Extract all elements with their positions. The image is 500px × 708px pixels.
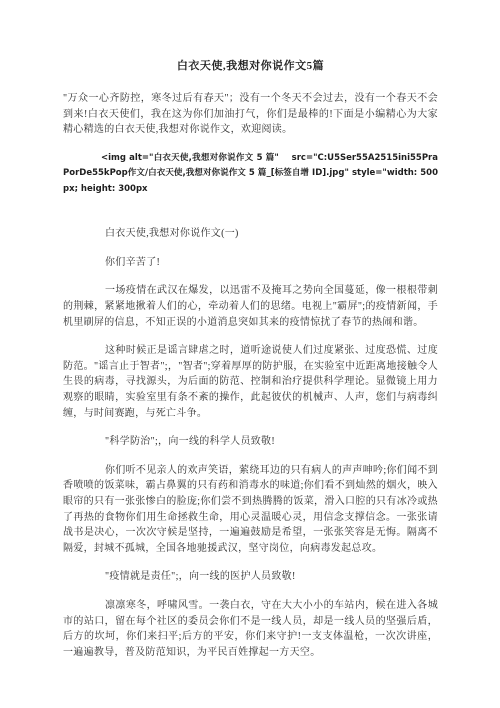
paragraph-winter-guardians: 凛凛寒冬，呼啸风雪。一袭白衣，守在大大小小的车站内，候在进入各城市的站口，留在每… <box>63 598 438 660</box>
paragraph-medical-staff-sacrifice: 你们听不见亲人的欢声笑语，萦绕耳边的只有病人的声声呻吟;你们闻不到香喷喷的饭菜味… <box>63 463 438 557</box>
paragraph-outbreak: 一场疫情在武汉在爆发，以迅雷不及掩耳之势向全国蔓延，像一根根带刺的荆棘，紧紧地揪… <box>63 283 438 330</box>
page-title: 白衣天使,我想对你说作文5篇 <box>63 57 438 73</box>
paragraph-salute-medical-staff: "疫情就是责任";，向一线的医护人员致敬! <box>63 569 438 585</box>
paragraph-salute-scientists: "科学防治";，向一线的科学人员致敬! <box>63 434 438 450</box>
section-heading-essay-1: 白衣天使,我想对你说作文(一) <box>63 226 438 242</box>
intro-paragraph: "万众一心齐防控，寒冬过后有春天"；没有一个冬天不会过去，没有一个春天不会到来!… <box>63 91 438 138</box>
broken-image-html-code: <img alt="白衣天使,我想对你说作文 5 篇" src="C:U5Ser… <box>63 151 438 198</box>
paragraph-rumors-scientists: 这种时候正是谣言肆虐之时，道听途说使人们过度紧张、过度恐慌、过度防范。"谣言止于… <box>63 343 438 421</box>
document-page: 白衣天使,我想对你说作文5篇 "万众一心齐防控，寒冬过后有春天"；没有一个冬天不… <box>0 0 500 708</box>
paragraph-greeting: 你们辛苦了! <box>63 255 438 271</box>
